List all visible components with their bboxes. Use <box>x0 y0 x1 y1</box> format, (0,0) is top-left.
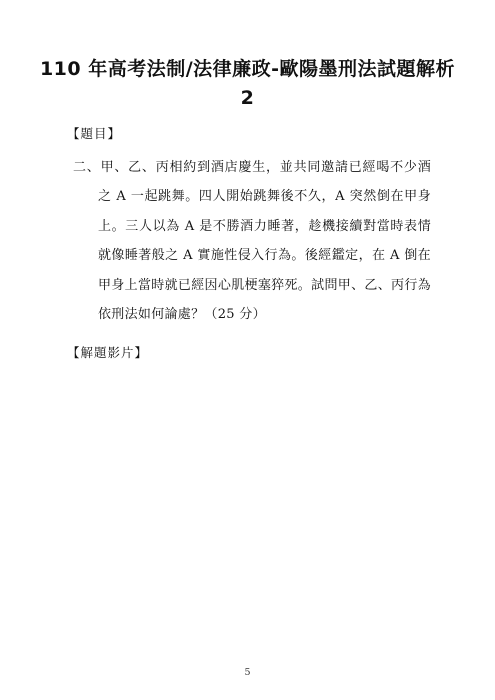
video-section-label: 【解題影片】 <box>67 343 431 363</box>
page-content: 【題目】 二、甲、乙、丙相約到酒店慶生，並共同邀請已經喝不少酒之 A 一起跳舞。… <box>0 124 495 363</box>
document-page: 110 年高考法制/法律廉政-歐陽墨刑法試題解析 2 【題目】 二、甲、乙、丙相… <box>0 0 495 700</box>
question-section-label: 【題目】 <box>67 124 431 144</box>
page-number: 5 <box>0 667 495 678</box>
page-title: 110 年高考法制/法律廉政-歐陽墨刑法試題解析 2 <box>0 55 495 114</box>
question-text: 二、甲、乙、丙相約到酒店慶生，並共同邀請已經喝不少酒之 A 一起跳舞。四人開始跳… <box>67 153 431 330</box>
